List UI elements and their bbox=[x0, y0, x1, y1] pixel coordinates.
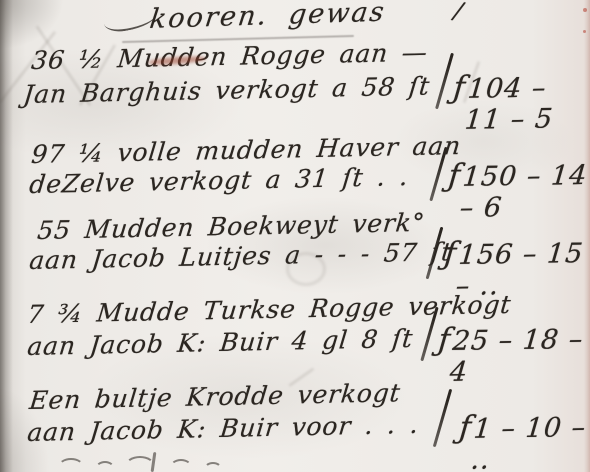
amount-group: ƒ 104 – 11 – 5 bbox=[449, 71, 590, 136]
entry-line-2: Jan Barghuis verkogt a 58 ſt bbox=[22, 72, 431, 109]
red-speck bbox=[583, 30, 586, 33]
entry-line-1: 36 ½ Mudden Rogge aan — bbox=[30, 38, 429, 75]
amount-value: 1 – 10 – .. bbox=[470, 412, 590, 472]
ledger-page: kooren. gewas / 36 ½ Mudden Rogge aan — … bbox=[0, 0, 590, 472]
florin-sign: ƒ bbox=[437, 325, 451, 356]
amount-group: ƒ 150 – 14 – 6 bbox=[444, 159, 590, 224]
florin-sign: ƒ bbox=[458, 413, 472, 444]
florin-sign: ƒ bbox=[443, 239, 457, 270]
entry-line-2: aan Jacob K: Buir 4 gl 8 ſt bbox=[26, 324, 415, 361]
amount-value: 25 – 18 – 4 bbox=[449, 324, 590, 388]
page-title: kooren. gewas bbox=[148, 0, 388, 35]
florin-sign: ƒ bbox=[452, 73, 466, 104]
tally-slash bbox=[435, 53, 454, 110]
entry-line-1: Een bultje Krodde verkogt bbox=[28, 378, 402, 415]
amount-value: 150 – 14 – 6 bbox=[459, 160, 590, 224]
entry-line-2: aan Jacob K: Buir voor . . . bbox=[26, 410, 420, 447]
red-speck bbox=[583, 8, 587, 12]
florin-sign: ƒ bbox=[447, 161, 461, 192]
amount-group: ƒ 25 – 18 – 4 bbox=[434, 323, 590, 388]
book-gutter-shadow bbox=[0, 0, 13, 472]
amount-value: 104 – 11 – 5 bbox=[464, 72, 590, 136]
corner-pen-mark: / bbox=[452, 0, 466, 26]
amount-group: ƒ 1 – 10 – .. bbox=[455, 411, 590, 472]
tally-slash bbox=[433, 389, 452, 448]
